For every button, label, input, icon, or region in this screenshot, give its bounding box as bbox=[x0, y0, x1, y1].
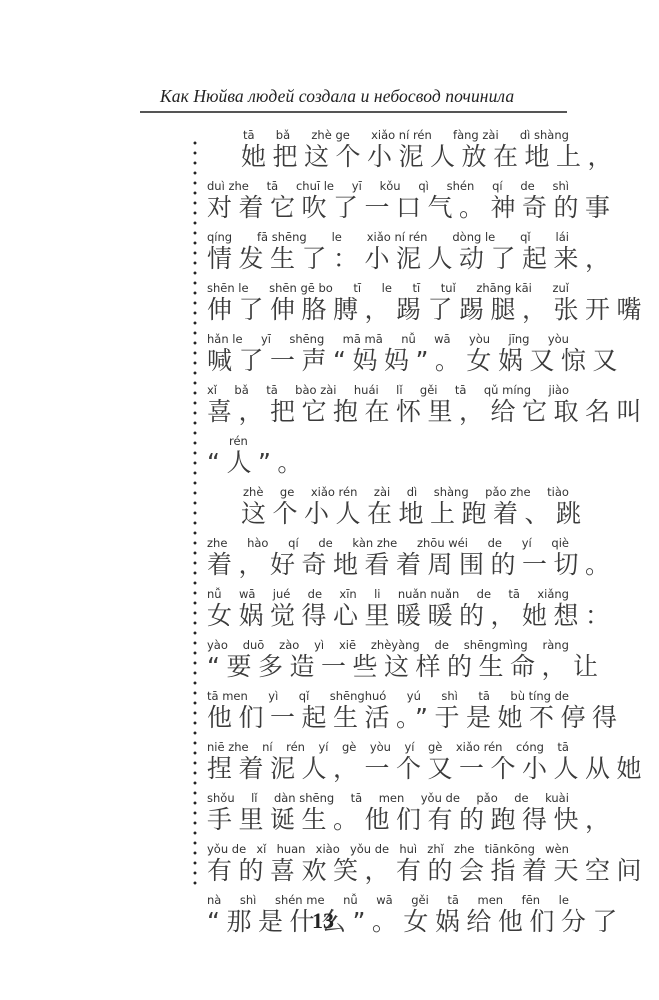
hanzi-text: “那是什么”。女娲给他们分了 bbox=[207, 906, 569, 938]
hanzi-text: 喊了一声“妈妈”。女娲又惊又 bbox=[207, 345, 569, 377]
hanzi-text: 伸了伸胳膊，踢了踢腿，张开嘴 bbox=[207, 294, 569, 326]
text-line: shǒulǐdàn shēngtāmenyǒu depǎodekuài手里诞生。… bbox=[207, 791, 569, 842]
hanzi-text: 她把这个小泥人放在地上， bbox=[241, 141, 569, 173]
text-line: yǒu dexǐhuanxiàoyǒu dehuìzhǐzhetiānkōngw… bbox=[207, 842, 569, 893]
text-line: xǐbǎtābào zàihuáilǐgěitāqǔ míngjiào喜，把它抱… bbox=[207, 383, 569, 434]
hanzi-text: 情发生了：小泥人动了起来， bbox=[207, 243, 569, 275]
hanzi-text: 手里诞生。他们有的跑得快， bbox=[207, 804, 569, 836]
text-line: shēn leshēn gē botīletītuǐzhāng kāizuǐ伸了… bbox=[207, 281, 569, 332]
text-line: rén“人”。 bbox=[207, 434, 569, 485]
hanzi-text: 女娲觉得心里暖暖的，她想： bbox=[207, 600, 569, 632]
text-line: hǎn leyīshēngmā mānǚwāyòujīngyòu喊了一声“妈妈”… bbox=[207, 332, 569, 383]
hanzi-text: “人”。 bbox=[207, 447, 569, 479]
page-number: 13 bbox=[312, 908, 334, 934]
running-header: Как Нюйва людей создала и небосвод почин… bbox=[160, 86, 514, 107]
hanzi-text: 喜，把它抱在怀里，给它取名叫 bbox=[207, 396, 569, 428]
text-line: qíngfā shēnglexiǎo ní réndòng leqǐlái情发生… bbox=[207, 230, 569, 281]
header-rule bbox=[140, 111, 567, 113]
hanzi-text: 这个小人在地上跑着、跳 bbox=[241, 498, 569, 530]
dotted-margin-line bbox=[193, 138, 197, 888]
text-line: zhehàoqídekàn zhezhōu wéideyíqiè着，好奇地看着周… bbox=[207, 536, 569, 587]
text-line: nàshìshén menǚwāgěitāmenfēnle“那是什么”。女娲给他… bbox=[207, 893, 569, 944]
text-line: zhègexiǎo rénzàidìshàngpǎo zhetiào这个小人在地… bbox=[207, 485, 569, 536]
text-line: tābǎzhè gexiǎo ní rénfàng zàidì shàng她把这… bbox=[207, 128, 569, 179]
text-line: niē zhenírényígèyòuyígèxiǎo réncóngtā捏着泥… bbox=[207, 740, 569, 791]
text-line: yàoduōzàoyìxiēzhèyàngdeshēngmìngràng“要多造… bbox=[207, 638, 569, 689]
hanzi-text: 着，好奇地看着周围的一切。 bbox=[207, 549, 569, 581]
hanzi-text: “要多造一些这样的生命，让 bbox=[207, 651, 569, 683]
text-line: nǚwājuédexīnlinuǎn nuǎndetāxiǎng女娲觉得心里暖暖… bbox=[207, 587, 569, 638]
hanzi-text: 捏着泥人，一个又一个小人从她 bbox=[207, 753, 569, 785]
text-line: duì zhetāchuī leyīkǒuqìshénqídeshì对着它吹了一… bbox=[207, 179, 569, 230]
text-line: tā menyìqǐshēnghuóyúshìtābù tíng de他们一起生… bbox=[207, 689, 569, 740]
hanzi-text: 对着它吹了一口气。神奇的事 bbox=[207, 192, 569, 224]
story-text: tābǎzhè gexiǎo ní rénfàng zàidì shàng她把这… bbox=[207, 128, 569, 944]
hanzi-text: 他们一起生活。”于是她不停得 bbox=[207, 702, 569, 734]
hanzi-text: 有的喜欢笑，有的会指着天空问 bbox=[207, 855, 569, 887]
